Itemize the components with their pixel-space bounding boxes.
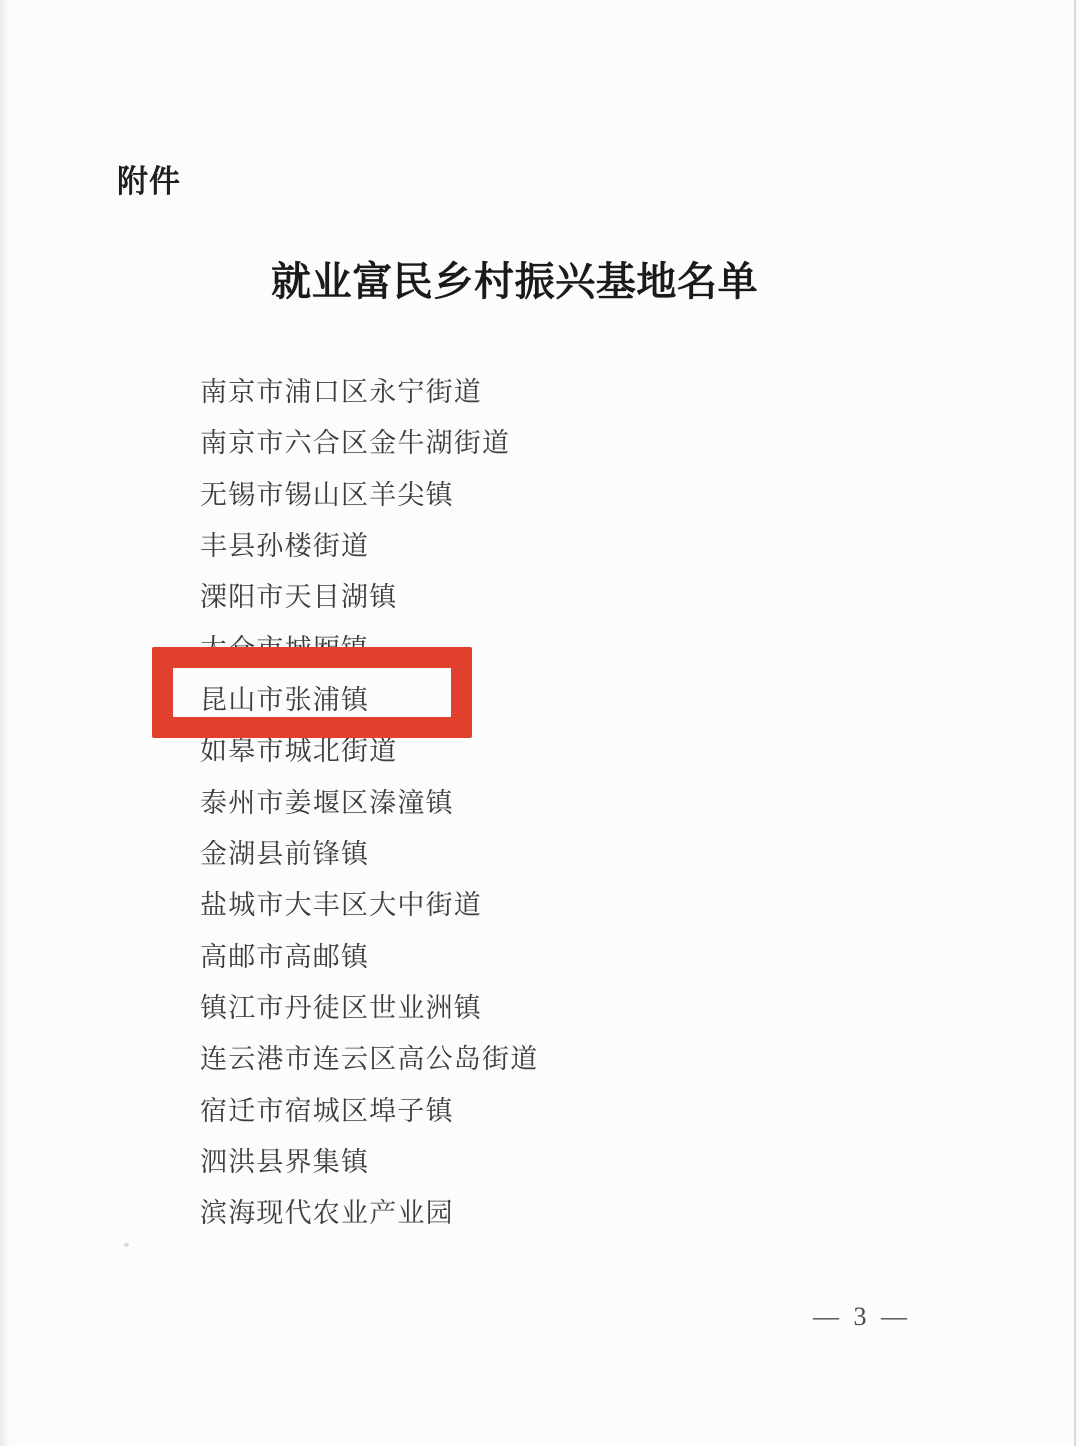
list-item: 泰州市姜堰区溱潼镇 bbox=[200, 775, 538, 826]
red-highlight-box bbox=[152, 647, 472, 738]
list-item: 镇江市丹徒区世业洲镇 bbox=[200, 980, 538, 1031]
list-item: 丰县孙楼街道 bbox=[200, 518, 538, 569]
base-list: 南京市浦口区永宁街道 南京市六合区金牛湖街道 无锡市锡山区羊尖镇 丰县孙楼街道 … bbox=[200, 364, 538, 1237]
list-item: 泗洪县界集镇 bbox=[200, 1134, 538, 1185]
document-page: 附件 就业富民乡村振兴基地名单 南京市浦口区永宁街道 南京市六合区金牛湖街道 无… bbox=[0, 0, 1080, 1446]
list-item: 金湖县前锋镇 bbox=[200, 826, 538, 877]
attachment-label: 附件 bbox=[117, 165, 181, 199]
list-item: 滨海现代农业产业园 bbox=[200, 1185, 538, 1236]
list-item: 溧阳市天目湖镇 bbox=[200, 569, 538, 620]
list-item: 宿迁市宿城区埠子镇 bbox=[200, 1083, 538, 1134]
page-edge-line bbox=[1074, 0, 1076, 1446]
list-item: 高邮市高邮镇 bbox=[200, 929, 538, 980]
list-item: 无锡市锡山区羊尖镇 bbox=[200, 467, 538, 518]
list-item: 连云港市连云区高公岛街道 bbox=[200, 1031, 538, 1082]
page-number: — 3 — bbox=[813, 1302, 911, 1332]
scan-artifact bbox=[124, 1243, 129, 1247]
list-item: 南京市浦口区永宁街道 bbox=[200, 364, 538, 415]
list-item: 盐城市大丰区大中街道 bbox=[200, 877, 538, 928]
list-item: 南京市六合区金牛湖街道 bbox=[200, 415, 538, 466]
document-title: 就业富民乡村振兴基地名单 bbox=[271, 259, 758, 305]
